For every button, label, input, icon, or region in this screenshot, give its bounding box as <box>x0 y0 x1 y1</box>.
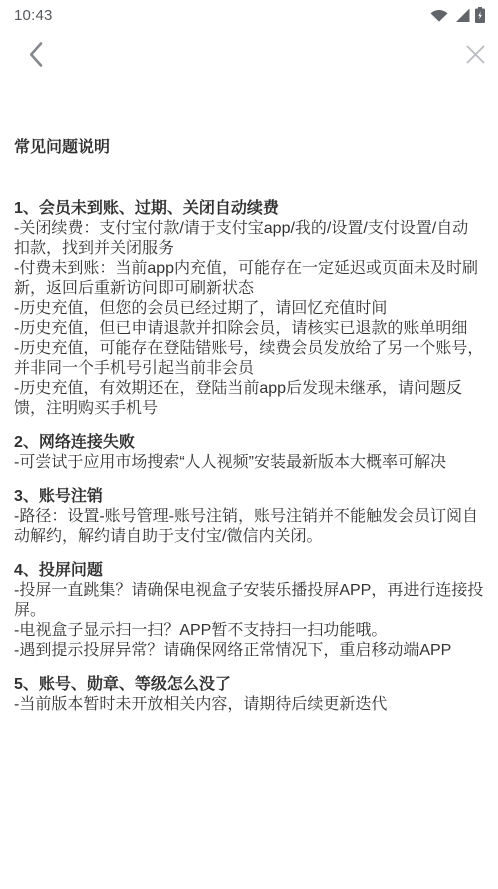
section-items: -当前版本暂时未开放相关内容，请期待后续更新迭代 <box>14 695 484 715</box>
section-items: -投屏一直跳集？请确保电视盒子安装乐播投屏APP，再进行连接投屏。-电视盒子显示… <box>14 581 484 661</box>
app-screen: 10:43 <box>0 0 498 889</box>
section-heading: 3、账号注销 <box>14 487 484 507</box>
close-button[interactable] <box>466 45 485 64</box>
back-button[interactable] <box>28 41 44 68</box>
faq-item: -当前版本暂时未开放相关内容，请期待后续更新迭代 <box>14 695 484 715</box>
faq-item: -历史充值，可能存在登陆错账号，续费会员发放给了另一个账号，并非同一个手机号引起… <box>14 339 484 379</box>
close-icon <box>466 52 485 67</box>
status-bar: 10:43 <box>0 0 498 28</box>
status-time: 10:43 <box>14 7 53 24</box>
faq-section: 2、网络连接失败 -可尝试于应用市场搜索“人人视频”安装最新版本大概率可解决 <box>14 433 484 473</box>
section-heading: 4、投屏问题 <box>14 561 484 581</box>
faq-item: -路径：设置-账号管理-账号注销，账号注销并不能触发会员订阅自动解约，解约请自助… <box>14 507 484 547</box>
section-heading: 1、会员未到账、过期、关闭自动续费 <box>14 199 484 219</box>
battery-charging-icon <box>475 7 485 23</box>
faq-content[interactable]: 常见问题说明 1、会员未到账、过期、关闭自动续费 -关闭续费：支付宝付款/请于支… <box>0 80 498 889</box>
section-heading: 5、账号、勋章、等级怎么没了 <box>14 675 484 695</box>
faq-item: -可尝试于应用市场搜索“人人视频”安装最新版本大概率可解决 <box>14 453 484 473</box>
section-items: -路径：设置-账号管理-账号注销，账号注销并不能触发会员订阅自动解约，解约请自助… <box>14 507 484 547</box>
faq-sections: 1、会员未到账、过期、关闭自动续费 -关闭续费：支付宝付款/请于支付宝app/我… <box>14 199 484 715</box>
wifi-icon <box>430 8 448 22</box>
faq-item: -电视盒子显示扫一扫？APP暂不支持扫一扫功能哦。 <box>14 621 484 641</box>
faq-section: 4、投屏问题 -投屏一直跳集？请确保电视盒子安装乐播投屏APP，再进行连接投屏。… <box>14 561 484 661</box>
faq-section: 5、账号、勋章、等级怎么没了 -当前版本暂时未开放相关内容，请期待后续更新迭代 <box>14 675 484 715</box>
faq-item: -关闭续费：支付宝付款/请于支付宝app/我的/设置/支付设置/自动扣款，找到并… <box>14 219 484 259</box>
back-arrow-icon <box>28 56 44 71</box>
faq-item: -历史充值，但已申请退款并扣除会员，请核实已退款的账单明细 <box>14 319 484 339</box>
section-items: -关闭续费：支付宝付款/请于支付宝app/我的/设置/支付设置/自动扣款，找到并… <box>14 219 484 419</box>
page-title: 常见问题说明 <box>14 138 484 158</box>
faq-section: 1、会员未到账、过期、关闭自动续费 -关闭续费：支付宝付款/请于支付宝app/我… <box>14 199 484 419</box>
faq-item: -历史充值，但您的会员已经过期了，请回忆充值时间 <box>14 299 484 319</box>
section-items: -可尝试于应用市场搜索“人人视频”安装最新版本大概率可解决 <box>14 453 484 473</box>
section-heading: 2、网络连接失败 <box>14 433 484 453</box>
cellular-signal-icon <box>453 8 470 22</box>
status-icons <box>430 7 485 23</box>
faq-item: -历史充值，有效期还在，登陆当前app后发现未继承，请问题反馈，注明购买手机号 <box>14 379 484 419</box>
faq-item: -投屏一直跳集？请确保电视盒子安装乐播投屏APP，再进行连接投屏。 <box>14 581 484 621</box>
nav-bar <box>0 28 498 80</box>
faq-item: -遇到提示投屏异常？请确保网络正常情况下，重启移动端APP <box>14 641 484 661</box>
faq-item: -付费未到账：当前app内充值，可能存在一定延迟或页面未及时刷新，返回后重新访问… <box>14 259 484 299</box>
faq-section: 3、账号注销 -路径：设置-账号管理-账号注销，账号注销并不能触发会员订阅自动解… <box>14 487 484 547</box>
